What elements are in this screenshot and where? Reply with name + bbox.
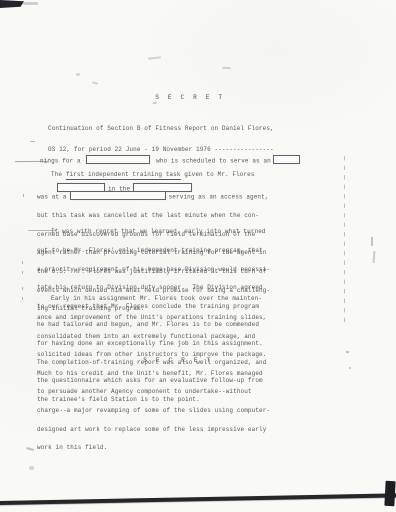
document-line: was at aserving as an access agent,: [37, 191, 347, 201]
margin-tick-mark: [22, 261, 23, 264]
body-text: given to Mr. Flores: [181, 171, 255, 178]
scanned-document-page: S E C R E T Continuation of Section B of…: [0, 0, 396, 512]
document-line: to persuade another Agency component to …: [37, 389, 347, 395]
margin-tick-mark: [22, 287, 23, 290]
document-line: The first independent training task give…: [37, 172, 347, 178]
title-line: Continuation of Section B of Fitness Rep…: [48, 125, 274, 132]
paragraph-3: Early in his assignment Mr. Flores took …: [37, 284, 347, 464]
document-line: a priority requirement of his home-base …: [37, 267, 347, 273]
body-text: The: [51, 171, 66, 178]
document-line: Much to his credit and the Unit's benefi…: [37, 371, 347, 377]
scan-smudge: [371, 237, 373, 246]
scan-smudge: [92, 81, 98, 84]
scan-smudge: [222, 67, 231, 69]
margin-tick-mark: [22, 297, 23, 300]
document-line: out to be Mr. Flores' only independent t…: [37, 248, 347, 254]
scan-smudge: [29, 466, 34, 470]
body-text: serving as an access agent,: [169, 194, 269, 201]
scan-artifact-corner-tail: [23, 2, 38, 5]
document-line: consolidated them into an extremely func…: [37, 334, 347, 340]
document-line: work in this field.: [37, 445, 347, 451]
classification-banner-top: S E C R E T: [0, 95, 380, 101]
scan-artifact-corner: [0, 0, 24, 8]
scan-artifact-page-edge: [0, 493, 396, 504]
scan-smudge: [373, 251, 375, 263]
document-line: It was with regret that we learned, earl…: [37, 229, 347, 235]
scan-smudge: [153, 101, 157, 104]
document-line: charge--a major revamping of some of the…: [37, 408, 347, 414]
scan-smudge: [26, 447, 34, 451]
scan-smudge: [76, 73, 80, 76]
body-text: was at a: [37, 194, 67, 201]
scan-smudge: [349, 367, 351, 369]
redaction-box: [70, 191, 166, 200]
scan-artifact-page-edge-blob: [384, 481, 395, 506]
document-line: designed art work to replace some of the…: [37, 427, 347, 433]
underlined-text: first independent training task: [66, 171, 181, 180]
margin-tick-mark: [23, 194, 24, 197]
classification-banner-bottom: S E C R E T: [0, 358, 356, 364]
document-line: Early in his assignment Mr. Flores took …: [37, 296, 347, 302]
scan-smudge: [148, 56, 161, 59]
document-line: ance and improvement of the Unit's opera…: [37, 315, 347, 321]
margin-tick-mark: [22, 271, 23, 274]
margin-pencil-mark: [30, 141, 35, 142]
